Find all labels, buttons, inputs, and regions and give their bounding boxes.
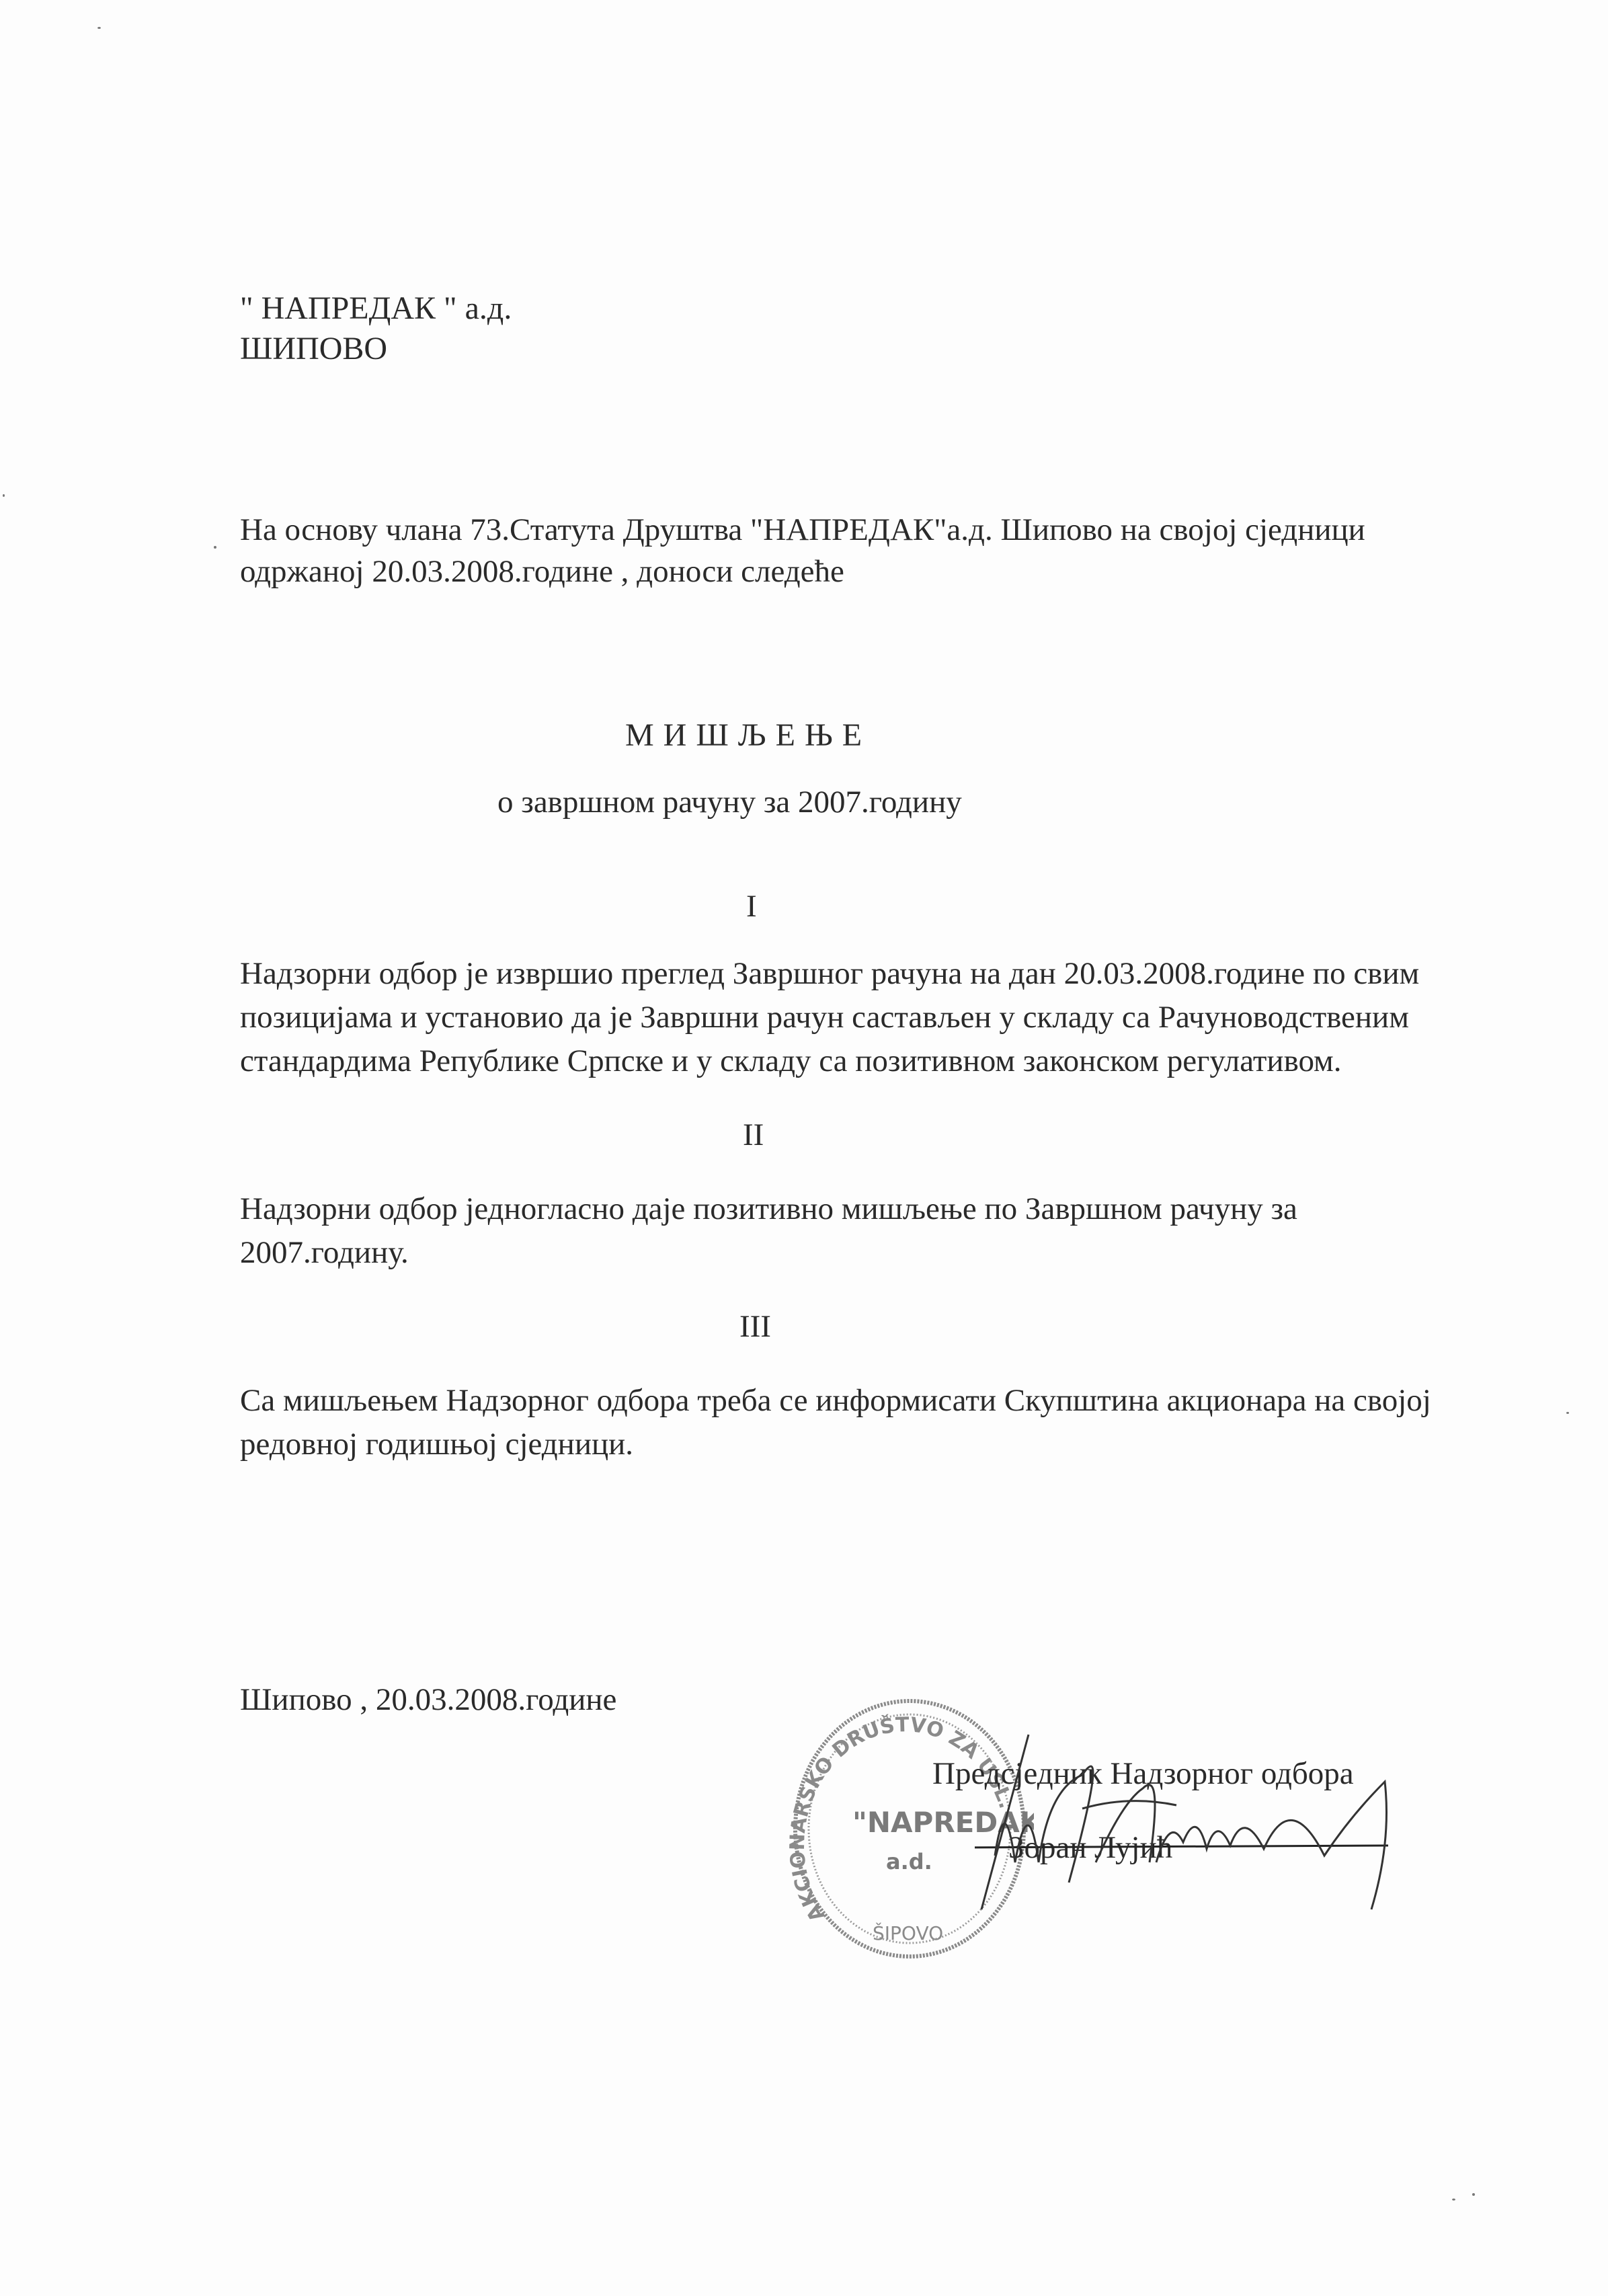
title-text: МИШЉЕЊЕ — [625, 717, 871, 753]
document-title: МИШЉЕЊЕ — [625, 719, 871, 752]
section-line: позицијама и установио да је Завршни рач… — [240, 1002, 1409, 1033]
section-line: Надзорни одбор једногласно даје позитивн… — [240, 1193, 1297, 1225]
section-numeral: II — [743, 1119, 764, 1151]
scan-speck — [1452, 2199, 1455, 2201]
section-line: редовној годишњој сједници. — [240, 1429, 633, 1460]
intro-line: одржаној 20.03.2008.године , доноси след… — [240, 556, 844, 588]
section-line: Надзорни одбор је извршио преглед Завршн… — [240, 958, 1419, 990]
section-numeral: III — [739, 1311, 771, 1343]
scan-speck — [1566, 1412, 1569, 1414]
stamp-bottom-text: ŠIPOVO — [873, 1922, 943, 1944]
section-numeral: I — [746, 891, 757, 922]
document-subtitle: о завршном рачуну за 2007.годину — [497, 787, 962, 818]
handwritten-signature-icon — [975, 1708, 1405, 1923]
scan-speck — [3, 494, 5, 497]
section-line: стандардима Републике Српске и у складу … — [240, 1045, 1342, 1077]
section-line: Са мишљењем Надзорног одбора треба се ин… — [240, 1385, 1431, 1417]
scan-speck — [1472, 2193, 1475, 2196]
place-date: Шипово , 20.03.2008.године — [240, 1684, 616, 1716]
scan-speck — [97, 27, 101, 29]
scan-speck — [214, 546, 216, 549]
document-page: " НАПРЕДАК " а.д. ШИПОВО На основу члана… — [0, 0, 1608, 2296]
company-name: " НАПРЕДАК " а.д. — [240, 292, 512, 325]
company-city: ШИПОВО — [240, 333, 387, 365]
stamp-center-type: a.d. — [886, 1849, 932, 1874]
intro-line: На основу члана 73.Статута Друштва "НАПР… — [240, 514, 1365, 546]
section-line: 2007.годину. — [240, 1237, 409, 1269]
